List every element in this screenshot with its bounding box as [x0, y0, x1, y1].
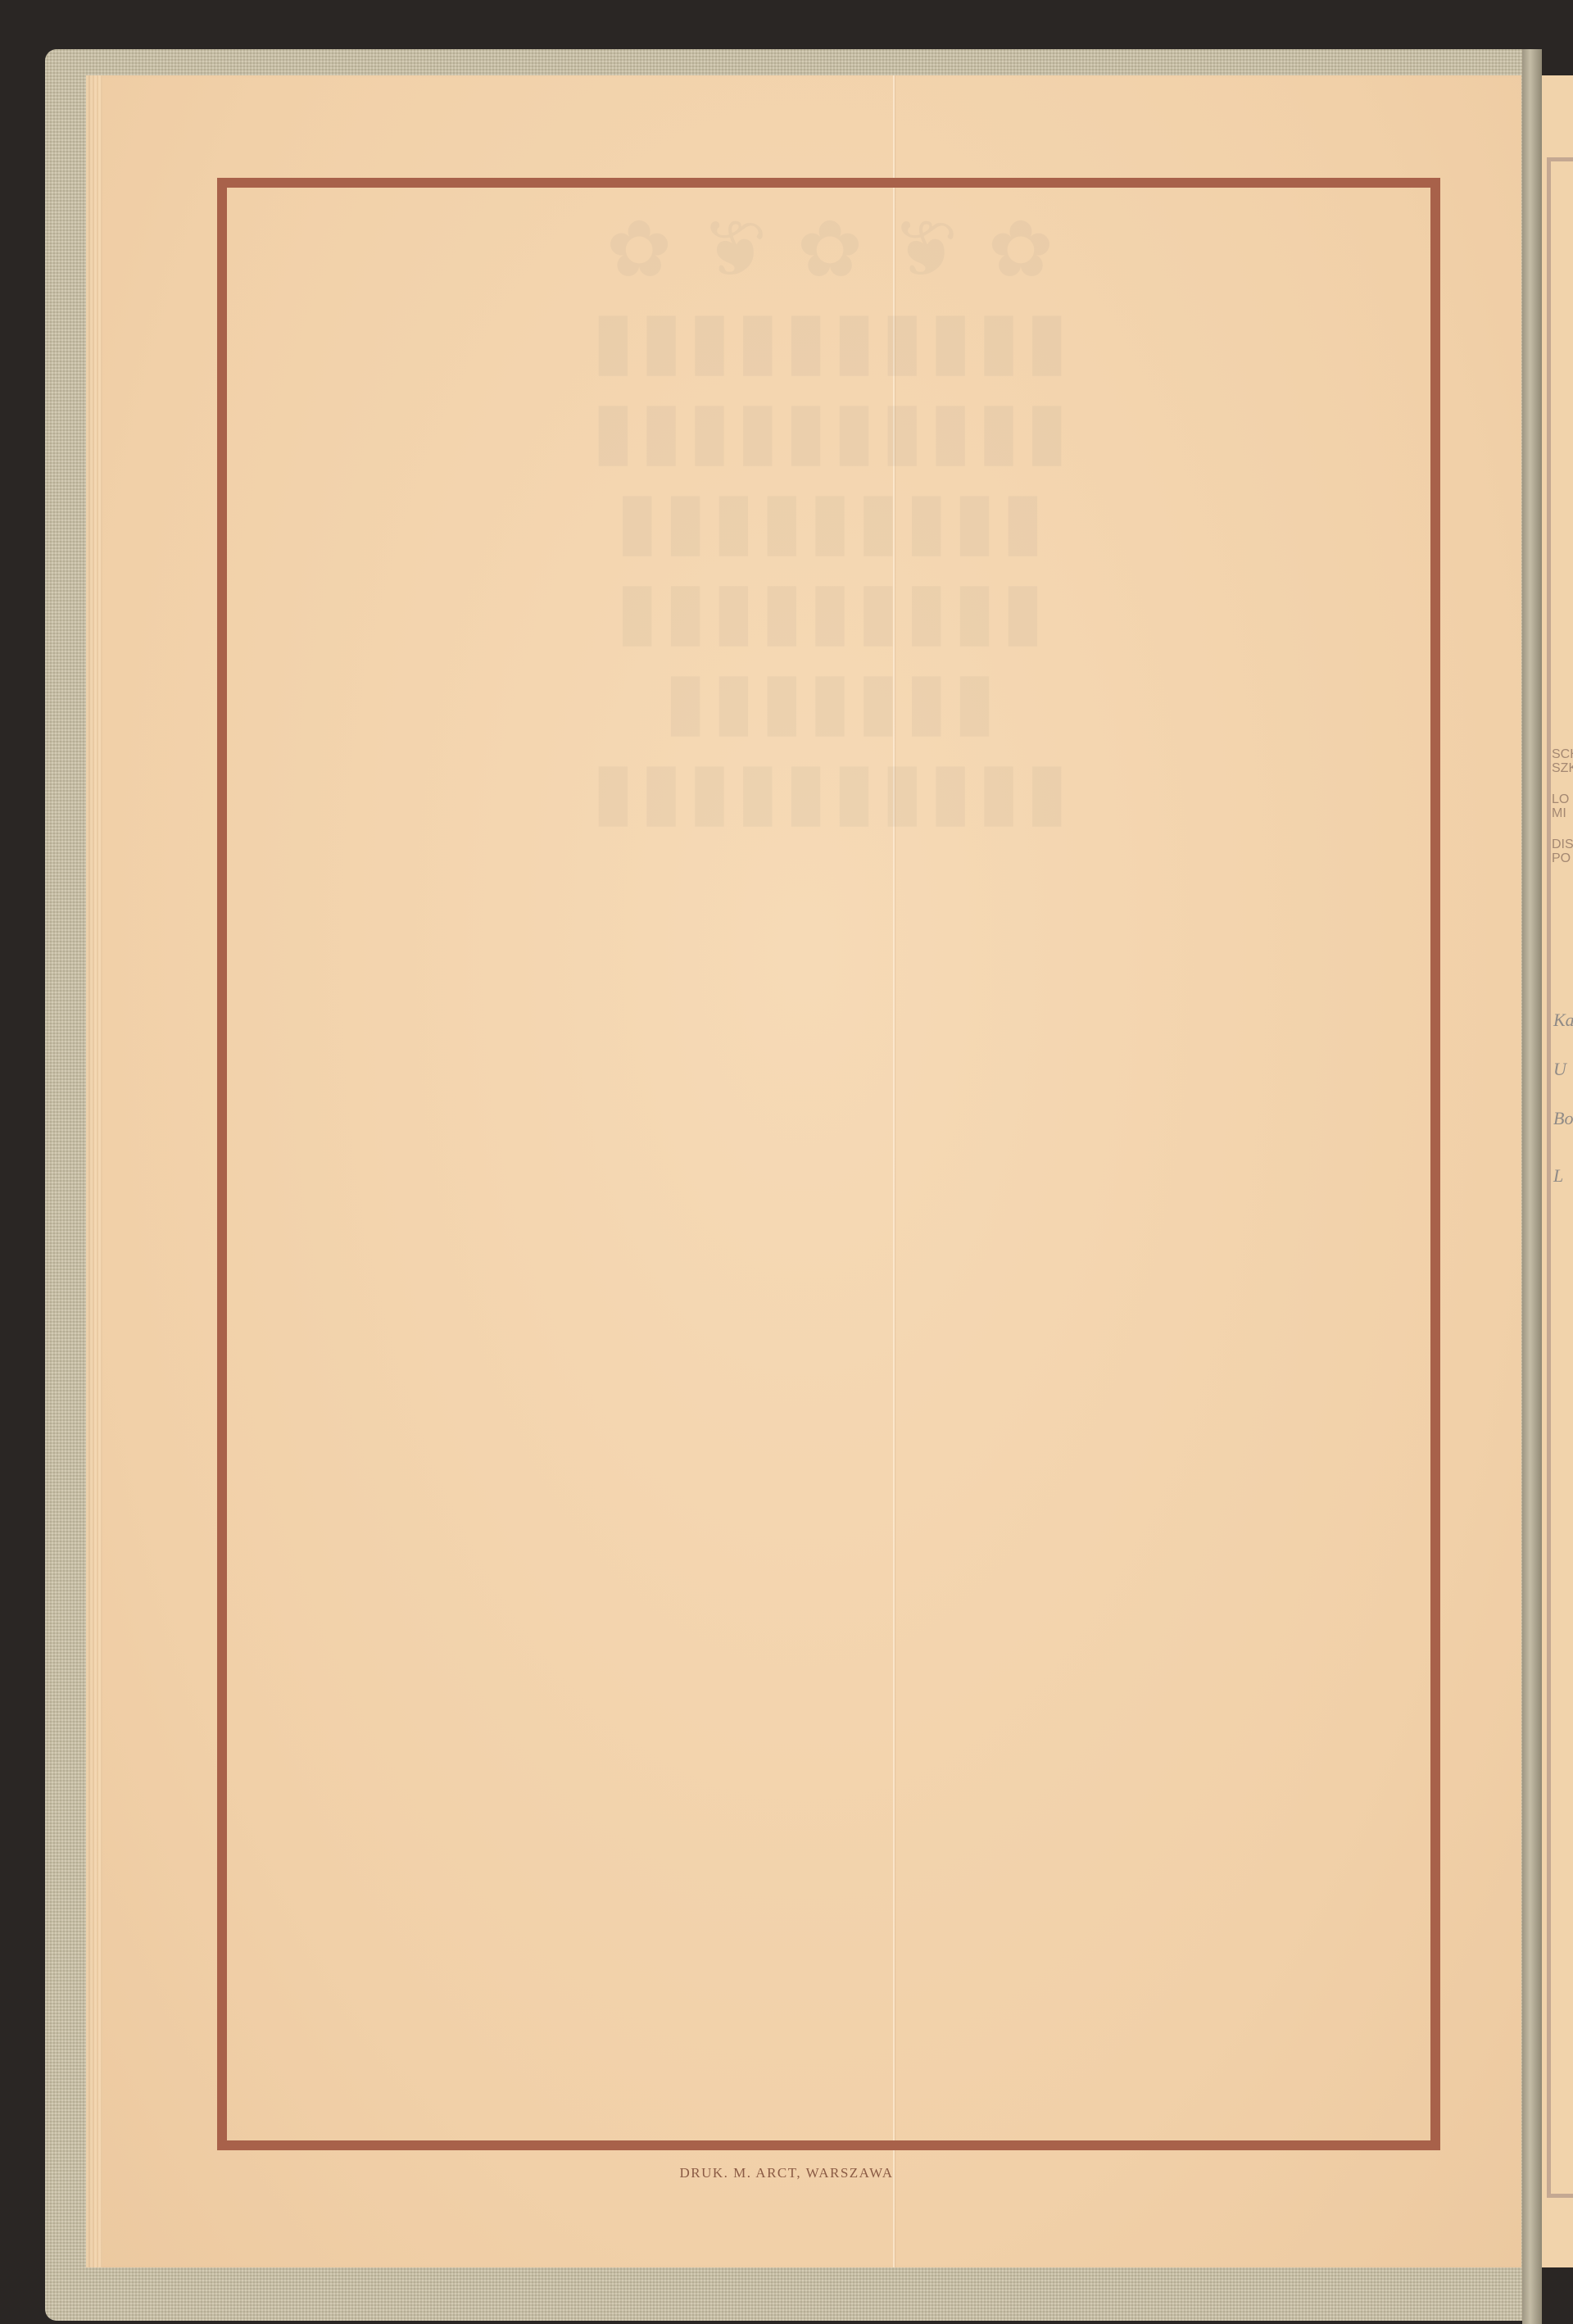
decorative-border-frame — [217, 178, 1440, 2150]
facing-script-text: Ka — [1553, 1010, 1573, 1031]
facing-label: LO MI — [1552, 792, 1569, 820]
facing-label: SCH SZK — [1552, 747, 1573, 775]
page-stack-edges — [86, 75, 102, 2267]
book-spine — [1522, 49, 1542, 2324]
facing-page-edge: SCH SZK LO MI DIS PO Ka U Bom L — [1542, 75, 1573, 2267]
facing-label: DIS PO — [1552, 837, 1573, 865]
printer-imprint: DRUK. M. ARCT, WARSZAWA — [0, 2165, 1573, 2181]
facing-script-text: L — [1553, 1165, 1563, 1187]
facing-script-text: Bom — [1553, 1108, 1573, 1129]
facing-script-text: U — [1553, 1059, 1566, 1080]
